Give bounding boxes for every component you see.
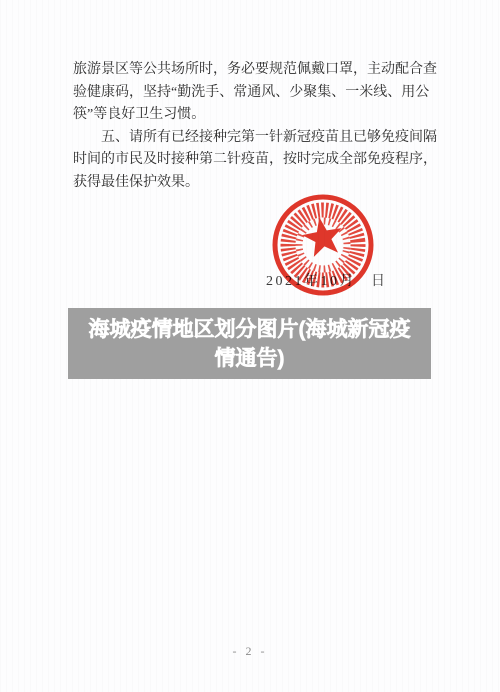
body-text-line: 获得最佳保护效果。 <box>73 172 443 195</box>
body-text-line: 五、请所有已经接种完第一针新冠疫苗且已够免疫间隔 <box>73 127 443 150</box>
overlay-title-line: 情通告) <box>68 344 431 373</box>
body-text-line: 筷”等良好卫生习惯。 <box>73 104 443 127</box>
body-text-line: 时间的市民及时接种第二针疫苗，按时完成全部免疫程序， <box>73 149 443 172</box>
page-number: - 2 - <box>0 644 500 659</box>
overlay-title-banner: 海城疫情地区划分图片(海城新冠疫 情通告) <box>68 308 431 379</box>
scanned-document-page: 旅游景区等公共场所时，务必要规范佩戴口罩，主动配合查 验健康码，坚持“勤洗手、常… <box>0 0 500 692</box>
body-text-line: 旅游景区等公共场所时，务必要规范佩戴口罩，主动配合查 <box>73 59 443 82</box>
overlay-title-line: 海城疫情地区划分图片(海城新冠疫 <box>68 315 431 344</box>
document-body: 旅游景区等公共场所时，务必要规范佩戴口罩，主动配合查 验健康码，坚持“勤洗手、常… <box>73 59 443 195</box>
body-text-line: 验健康码，坚持“勤洗手、常通风、少聚集、一米线、用公 <box>73 82 443 105</box>
official-seal-stamp <box>270 192 376 298</box>
